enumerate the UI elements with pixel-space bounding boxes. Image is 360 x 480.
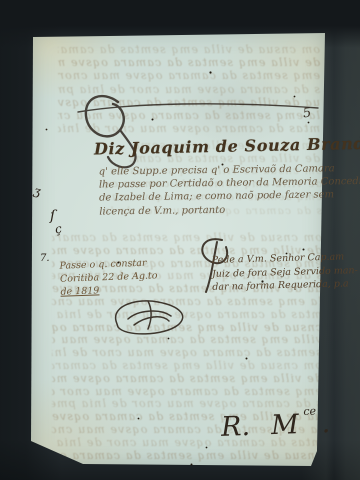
bleed-row: la emq semtas da camara oqsve mau cnor d… — [52, 424, 322, 436]
bleed-row: cnsua de villa emq semtas da camara oqsv… — [52, 450, 322, 462]
bleed-row: emq semtas da camara oqsve mau cnor de l… — [52, 386, 322, 398]
bleed-row: la emq semtas da camara oqsve mau cnor d… — [58, 110, 320, 122]
bleed-row: om cnsua de villa emq semtas da camara o… — [52, 360, 322, 372]
bleed-row: emq semtas da camara oqsve mau cnor de l… — [52, 258, 322, 270]
bleed-row: ua de villa emq semtas da camara oqsve m… — [52, 411, 322, 423]
bleed-row: villa emq semtas da camara oqsve mau cno… — [52, 334, 322, 346]
bleed-row: de villa emq semtas da camara oqsve mau … — [100, 179, 322, 191]
bleed-row: mtas da camara oqsve mau cnor de lnia pm… — [52, 437, 322, 449]
bleed-row: om cnsua de villa emq semtas da camara o… — [130, 140, 320, 152]
bleed-row: de villa emq semtas da camara oqsve mau … — [130, 153, 320, 165]
bleed-row: s da camara oqsve mau cnor de lnia pmeo … — [58, 84, 320, 96]
bleed-row: la emq semtas da camara oqsve mau cnor d… — [52, 296, 322, 308]
bleed-row: ua de villa emq semtas da camara oqsve m… — [52, 283, 322, 295]
bleed-row: om cnsua de villa emq semtas da camara o… — [52, 232, 322, 244]
bleed-row: emq semtas da camara oqsve mau cnor de l… — [100, 192, 322, 204]
bleed-row: de villa emq semtas da camara oqsve mau … — [52, 373, 322, 385]
bleed-row: ua de villa emq semtas da camara oqsve m… — [58, 97, 320, 109]
bleed-row: s da camara oqsve mau cnor de lnia pmeo … — [52, 398, 322, 410]
bleed-row: om cnsua de villa emq semtas da camara o… — [58, 44, 320, 56]
bleed-row: de villa emq semtas da camara oqsve mau … — [58, 57, 320, 69]
bleed-row: mtas da camara oqsve mau cnor de lnia pm… — [52, 309, 322, 321]
bleed-row: de villa emq semtas da camara oqsve mau … — [52, 245, 322, 257]
bleed-row: cnsua de villa emq semtas da camara oqsv… — [52, 322, 322, 334]
bleed-row: semtas da camara oqsve mau cnor de lnia … — [52, 347, 322, 359]
manuscript-page: om cnsua de villa emq semtas da camara o… — [31, 30, 326, 467]
bleed-row: emq semtas da camara oqsve mau cnor de l… — [58, 70, 320, 82]
bleed-row: s da camara oqsve mau cnor de lnia pmeo … — [100, 206, 322, 218]
bleed-row: mtas da camara oqsve mau cnor de lnia pm… — [58, 123, 320, 135]
photo-of-manuscript: om cnsua de villa emq semtas da camara o… — [0, 0, 360, 480]
ink-specks — [0, 0, 1, 1]
closing-dot: . — [321, 408, 331, 439]
bleed-row: s da camara oqsve mau cnor de lnia pmeo … — [52, 270, 322, 282]
bleed-row: om cnsua de villa emq semtas da camara o… — [100, 166, 322, 178]
